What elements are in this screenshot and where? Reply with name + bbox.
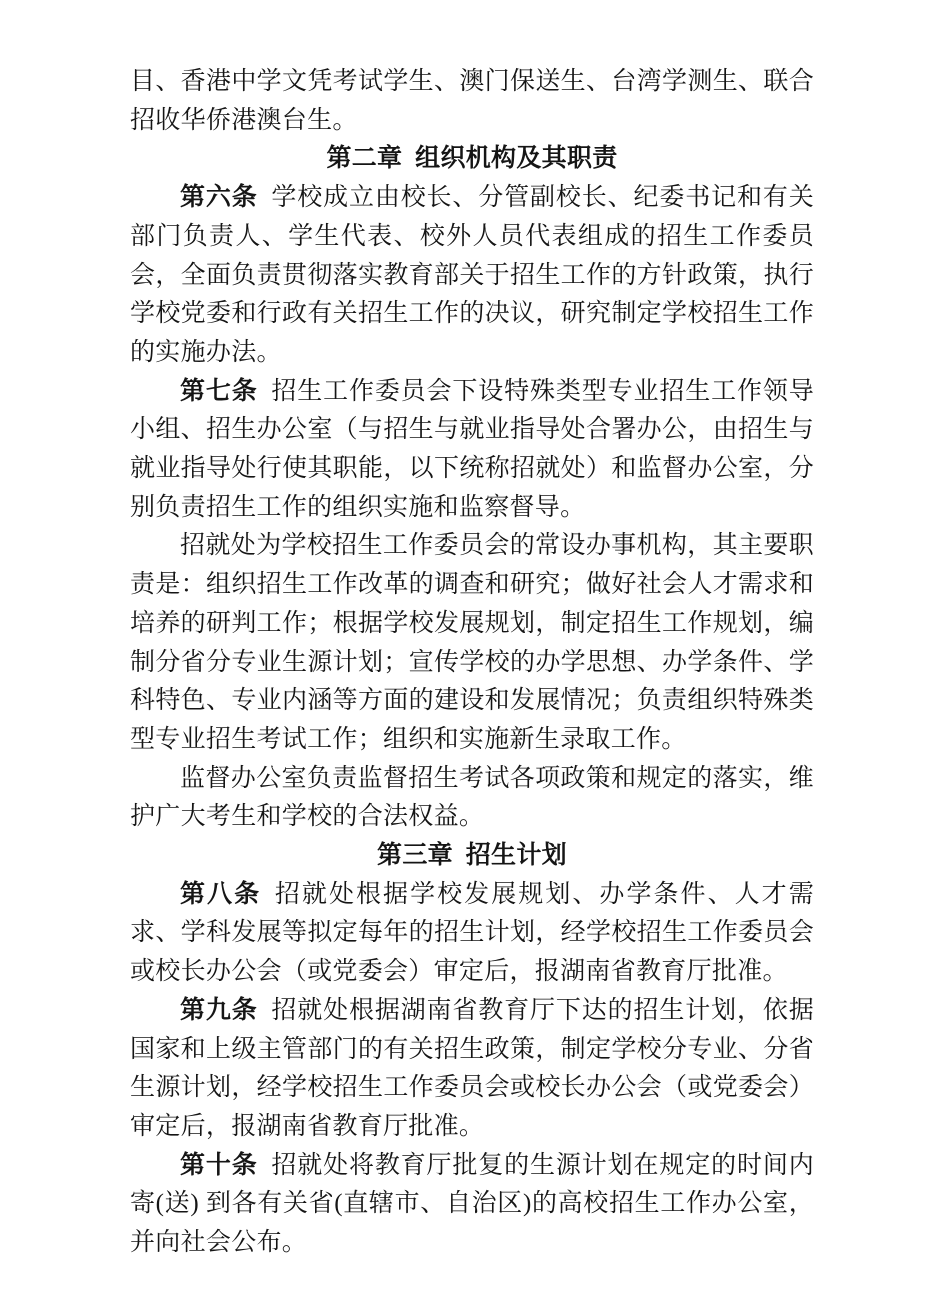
paragraph-text: 招就处为学校招生工作委员会的常设办事机构，其主要职责是：组织招生工作改革的调查和… bbox=[130, 532, 814, 753]
article-9-label: 第九条 bbox=[180, 997, 258, 1024]
chapter-3-heading: 第三章 招生计划 bbox=[130, 837, 814, 876]
article-9-paragraph: 第九条招就处根据湖南省教育厅下达的招生计划，依据国家和上级主管部门的有关招生政策… bbox=[130, 992, 814, 1147]
chapter-heading-text: 第二章 组织机构及其职责 bbox=[326, 145, 617, 172]
article-6-text: 学校成立由校长、分管副校长、纪委书记和有关部门负责人、学生代表、校外人员代表组成… bbox=[130, 184, 814, 366]
paragraph-text: 监督办公室负责监督招生考试各项政策和规定的落实，维护广大考生和学校的合法权益。 bbox=[130, 765, 814, 831]
article-10-label: 第十条 bbox=[180, 1152, 258, 1179]
paragraph-text: 目、香港中学文凭考试学生、澳门保送生、台湾学测生、联合招收华侨港澳台生。 bbox=[130, 68, 814, 134]
article-8-label: 第八条 bbox=[180, 881, 261, 908]
admissions-office-duties-paragraph: 招就处为学校招生工作委员会的常设办事机构，其主要职责是：组织招生工作改革的调查和… bbox=[130, 527, 814, 759]
article-7-label: 第七条 bbox=[180, 378, 258, 405]
continuation-paragraph: 目、香港中学文凭考试学生、澳门保送生、台湾学测生、联合招收华侨港澳台生。 bbox=[130, 63, 814, 140]
article-6-paragraph: 第六条学校成立由校长、分管副校长、纪委书记和有关部门负责人、学生代表、校外人员代… bbox=[130, 179, 814, 373]
chapter-2-heading: 第二章 组织机构及其职责 bbox=[130, 140, 814, 179]
supervision-office-paragraph: 监督办公室负责监督招生考试各项政策和规定的落实，维护广大考生和学校的合法权益。 bbox=[130, 760, 814, 837]
article-7-paragraph: 第七条招生工作委员会下设特殊类型专业招生工作领导小组、招生办公室（与招生与就业指… bbox=[130, 373, 814, 528]
chapter-heading-text: 第三章 招生计划 bbox=[377, 842, 567, 869]
article-10-paragraph: 第十条招就处将教育厅批复的生源计划在规定的时间内寄(送) 到各有关省(直辖市、自… bbox=[130, 1147, 814, 1263]
article-6-label: 第六条 bbox=[180, 184, 258, 211]
article-8-paragraph: 第八条招就处根据学校发展规划、办学条件、人才需求、学科发展等拟定每年的招生计划，… bbox=[130, 876, 814, 992]
document-page: 目、香港中学文凭考试学生、澳门保送生、台湾学测生、联合招收华侨港澳台生。 第二章… bbox=[0, 0, 930, 1316]
